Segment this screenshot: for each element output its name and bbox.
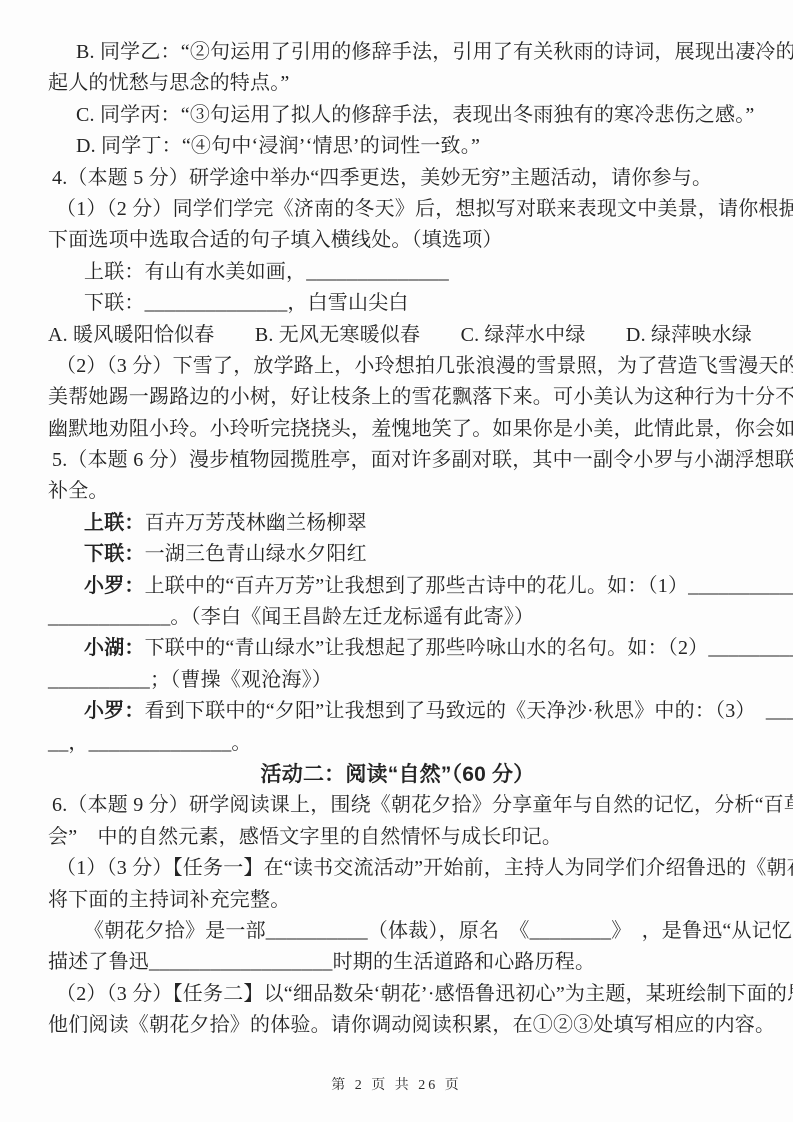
text-line: 幽默地劝阻小玲。小玲听完挠挠头，羞愧地笑了。如果你是小美，此情此景，你会如何劝阻… — [48, 414, 747, 445]
line-label: 小湖： — [84, 637, 145, 659]
text-line: D. 同学丁：“④句中‘浸润’‘情思’的词性一致。” — [76, 131, 747, 162]
line-text: 《朝花夕拾》是一部__________（体裁），原名 《________》 ，是… — [84, 920, 793, 942]
line-text: 起人的忧愁与思念的特点。” — [48, 72, 289, 94]
text-line: 《朝花夕拾》是一部__________（体裁），原名 《________》 ，是… — [84, 916, 747, 947]
text-line: 描述了鲁迅__________________时期的生活道路和心路历程。 — [48, 947, 747, 978]
exam-paper-page: B. 同学乙：“②句运用了引用的修辞手法，引用了有关秋雨的诗词，展现出凄冷的秋雨… — [0, 0, 793, 1122]
text-line: 下联：一湖三色青山绿水夕阳红 — [84, 539, 747, 570]
line-text: 上联：有山有水美如画，______________ — [84, 261, 449, 283]
line-text: 4.（本题 5 分）研学途中举办“四季更迭，美妙无穷”主题活动，请你参与。 — [52, 167, 712, 189]
text-line: 小湖：下联中的“青山绿水”让我想起了那些吟咏山水的名句。如：（2）_______… — [84, 633, 747, 664]
line-text: 他们阅读《朝花夕拾》的体验。请你调动阅读积累，在①②③处填写相应的内容。 — [48, 1014, 775, 1036]
line-text: C. 同学丙：“③句运用了拟人的修辞手法，表现出冬雨独有的寒冷悲伤之感。” — [76, 104, 755, 126]
line-text: （2）（3 分）下雪了，放学路上，小玲想拍几张浪漫的雪景照，为了营造飞雪漫天的效… — [56, 355, 793, 377]
line-text: 会” 中的自然元素，感悟文字里的自然情怀与成长印记。 — [48, 826, 562, 848]
line-text: （1）（3 分）【任务一】在“读书交流活动”开始前，主持人为同学们介绍鲁迅的《朝… — [56, 857, 793, 879]
page-number-footer: 第 2 页 共 26 页 — [0, 1074, 793, 1094]
line-text: ____________。（李白《闻王昌龄左迁龙标遥有此寄》） — [48, 606, 534, 628]
text-line: （1）（3 分）【任务一】在“读书交流活动”开始前，主持人为同学们介绍鲁迅的《朝… — [56, 853, 747, 884]
text-line: 6.（本题 9 分）研学阅读课上，围绕《朝花夕拾》分享童年与自然的记忆，分析“百… — [52, 790, 747, 821]
page-body: B. 同学乙：“②句运用了引用的修辞手法，引用了有关秋雨的诗词，展现出凄冷的秋雨… — [48, 37, 747, 1042]
line-text: 上联中的“百卉万芳”让我想到了那些古诗中的花儿。如：（1）___________… — [145, 575, 793, 597]
line-text: 下联中的“青山绿水”让我想起了那些吟咏山水的名句。如：（2）__________… — [145, 637, 793, 659]
text-line: 下联：______________，白雪山尖白 — [84, 288, 747, 319]
line-label: 小罗： — [84, 575, 145, 597]
line-text: 百卉万芳茂林幽兰杨柳翠 — [145, 512, 367, 534]
line-text: 幽默地劝阻小玲。小玲听完挠挠头，羞愧地笑了。如果你是小美，此情此景，你会如何劝阻… — [48, 418, 793, 440]
text-line: A. 暖风暖阳恰似春 B. 无风无寒暖似春 C. 绿萍水中绿 D. 绿萍映水绿 — [48, 320, 747, 351]
line-text: 将下面的主持词补充完整。 — [48, 889, 290, 911]
text-line: 补全。 — [48, 476, 747, 507]
text-line: 小罗：看到下联中的“夕阳”让我想到了马致远的《天净沙·秋思》中的：（3） ___… — [84, 696, 747, 727]
line-text: （1）（2 分）同学们学完《济南的冬天》后，想拟写对联来表现文中美景，请你根据文… — [56, 198, 793, 220]
line-text: 下联：______________，白雪山尖白 — [84, 292, 409, 314]
line-text: D. 同学丁：“④句中‘浸润’‘情思’的词性一致。” — [76, 135, 480, 157]
line-text: 描述了鲁迅__________________时期的生活道路和心路历程。 — [48, 951, 595, 973]
text-line: 小罗：上联中的“百卉万芳”让我想到了那些古诗中的花儿。如：（1）________… — [84, 571, 747, 602]
text-line: 他们阅读《朝花夕拾》的体验。请你调动阅读积累，在①②③处填写相应的内容。 — [48, 1010, 747, 1041]
text-line: 上联：百卉万芳茂林幽兰杨柳翠 — [84, 508, 747, 539]
text-line: 起人的忧愁与思念的特点。” — [48, 68, 747, 99]
text-line: __________；（曹操《观沧海》） — [48, 665, 747, 696]
line-text: 看到下联中的“夕阳”让我想到了马致远的《天净沙·秋思》中的：（3） ______… — [145, 700, 793, 722]
text-line: 美帮她踢一踢路边的小树，好让枝条上的雪花飘落下来。可小美认为这种行为十分不妥，于… — [48, 382, 747, 413]
line-text: 补全。 — [48, 480, 109, 502]
line-label: 上联： — [84, 512, 145, 534]
text-line: （1）（2 分）同学们学完《济南的冬天》后，想拟写对联来表现文中美景，请你根据文… — [56, 194, 747, 225]
text-line: 将下面的主持词补充完整。 — [48, 885, 747, 916]
text-line: 下面选项中选取合适的句子填入横线处。（填选项） — [48, 225, 747, 256]
line-text: 下面选项中选取合适的句子填入横线处。（填选项） — [48, 229, 503, 251]
line-text: 活动二：阅读“自然”（60 分） — [261, 763, 535, 786]
text-line: 上联：有山有水美如画，______________ — [84, 257, 747, 288]
line-text: 一湖三色青山绿水夕阳红 — [145, 543, 367, 565]
line-text: 5.（本题 6 分）漫步植物园揽胜亭，面对许多副对联，其中一副令小罗与小湖浮想联… — [52, 449, 793, 471]
line-label: 小罗： — [84, 700, 145, 722]
section-heading: 活动二：阅读“自然”（60 分） — [48, 759, 747, 790]
line-text: A. 暖风暖阳恰似春 B. 无风无寒暖似春 C. 绿萍水中绿 D. 绿萍映水绿 — [48, 324, 752, 346]
text-line: （2）（3 分）下雪了，放学路上，小玲想拍几张浪漫的雪景照，为了营造飞雪漫天的效… — [56, 351, 747, 382]
line-text: __，______________。 — [48, 732, 252, 754]
line-text: __________；（曹操《观沧海》） — [48, 669, 332, 691]
text-line: C. 同学丙：“③句运用了拟人的修辞手法，表现出冬雨独有的寒冷悲伤之感。” — [76, 100, 747, 131]
line-text: （2）（3 分）【任务二】以“细品数朵‘朝花’·感悟鲁迅初心”为主题，某班绘制下… — [56, 983, 793, 1005]
text-line: （2）（3 分）【任务二】以“细品数朵‘朝花’·感悟鲁迅初心”为主题，某班绘制下… — [56, 979, 747, 1010]
line-text: B. 同学乙：“②句运用了引用的修辞手法，引用了有关秋雨的诗词，展现出凄冷的秋雨… — [76, 41, 793, 63]
text-line: B. 同学乙：“②句运用了引用的修辞手法，引用了有关秋雨的诗词，展现出凄冷的秋雨… — [76, 37, 747, 68]
line-text: 6.（本题 9 分）研学阅读课上，围绕《朝花夕拾》分享童年与自然的记忆，分析“百… — [52, 794, 793, 816]
line-label: 下联： — [84, 543, 145, 565]
text-line: __，______________。 — [48, 728, 747, 759]
text-line: 4.（本题 5 分）研学途中举办“四季更迭，美妙无穷”主题活动，请你参与。 — [52, 163, 747, 194]
text-line: ____________。（李白《闻王昌龄左迁龙标遥有此寄》） — [48, 602, 747, 633]
text-line: 会” 中的自然元素，感悟文字里的自然情怀与成长印记。 — [48, 822, 747, 853]
text-line: 5.（本题 6 分）漫步植物园揽胜亭，面对许多副对联，其中一副令小罗与小湖浮想联… — [52, 445, 747, 476]
line-text: 美帮她踢一踢路边的小树，好让枝条上的雪花飘落下来。可小美认为这种行为十分不妥，于… — [48, 386, 793, 408]
